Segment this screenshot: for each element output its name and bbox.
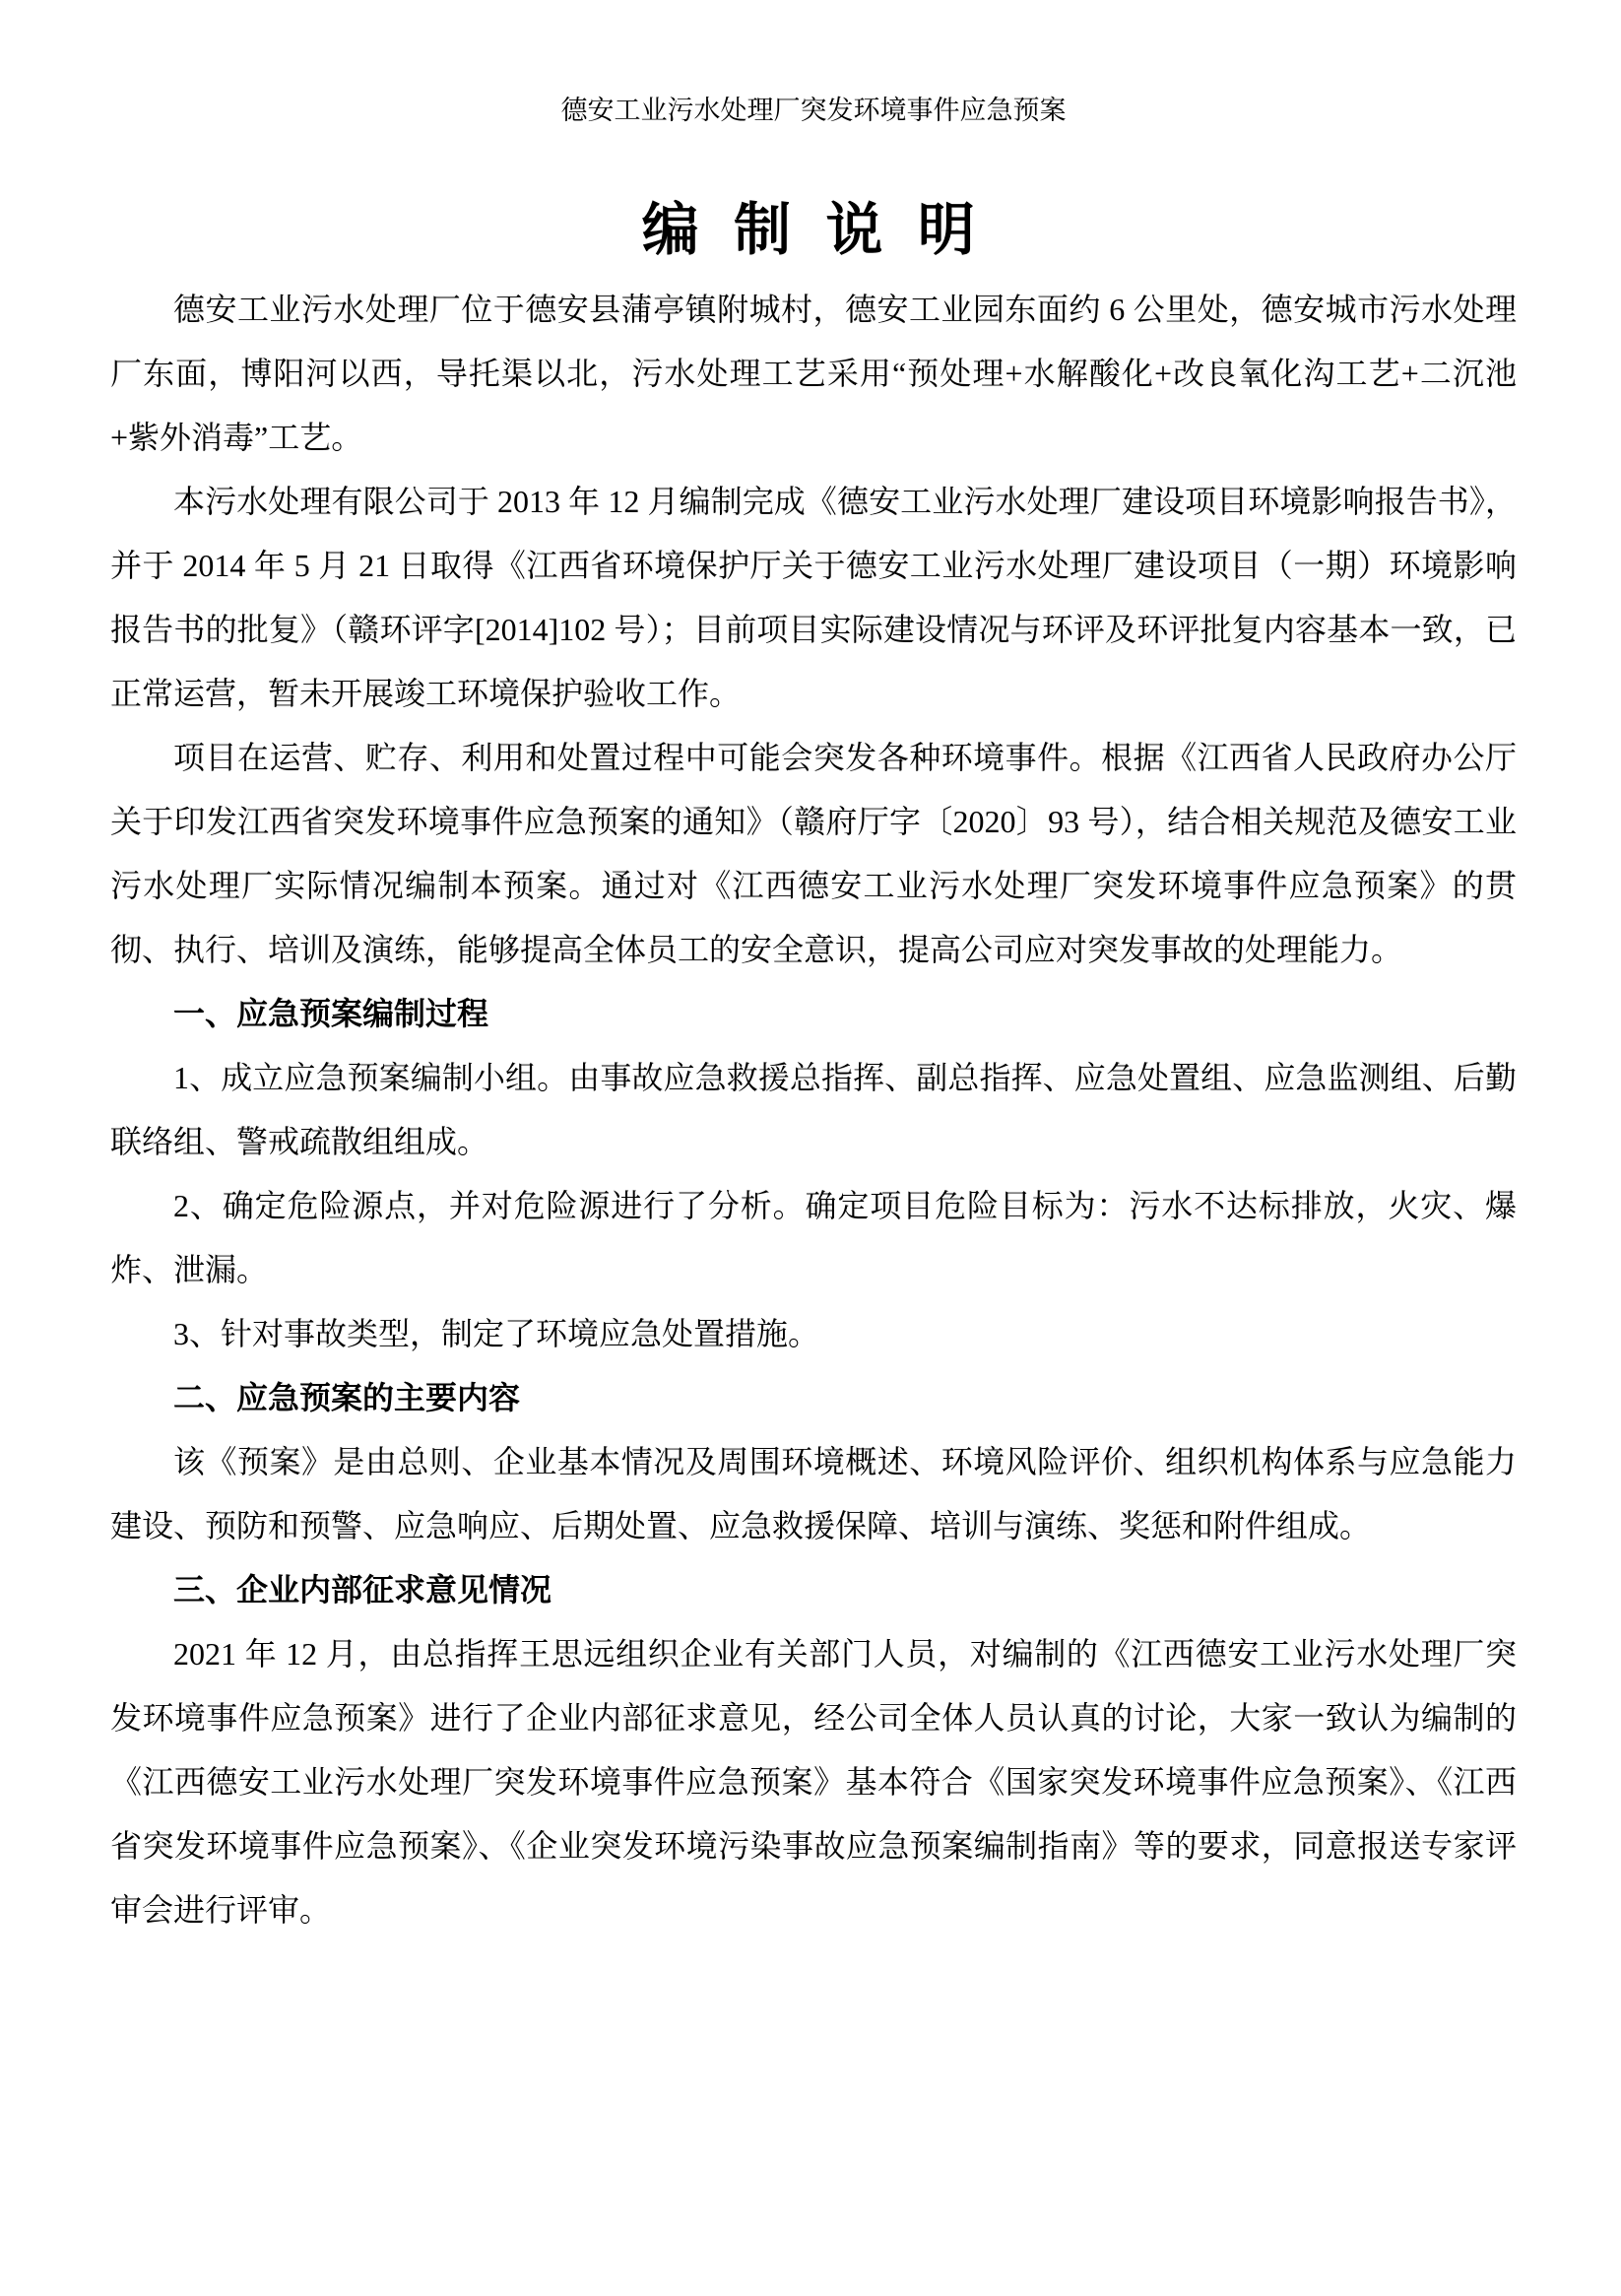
document-title: 编 制 说 明 <box>110 191 1517 270</box>
paragraph-item-1-team-setup: 1、成立应急预案编制小组。由事故应急救援总指挥、副总指挥、应急处置组、应急监测组… <box>110 1046 1517 1174</box>
page-header-running-title: 德安工业污水处理厂突发环境事件应急预案 <box>110 95 1517 126</box>
paragraph-eia-approval-history: 本污水处理有限公司于 2013 年 12 月编制完成《德安工业污水处理厂建设项目… <box>110 470 1517 726</box>
section-heading-2-main-contents: 二、应急预案的主要内容 <box>110 1366 1517 1430</box>
paragraph-item-2-hazard-sources: 2、确定危险源点，并对危险源进行了分析。确定项目危险目标为：污水不达标排放，火灾… <box>110 1174 1517 1302</box>
section-heading-1-compilation-process: 一、应急预案编制过程 <box>110 982 1517 1046</box>
document-body: 德安工业污水处理厂位于德安县蒲亭镇附城村，德安工业园东面约 6 公里处，德安城市… <box>110 278 1517 1942</box>
section-heading-3-internal-consultation: 三、企业内部征求意见情况 <box>110 1558 1517 1622</box>
document-page: 德安工业污水处理厂突发环境事件应急预案 编 制 说 明 德安工业污水处理厂位于德… <box>0 0 1621 2296</box>
paragraph-location-overview: 德安工业污水处理厂位于德安县蒲亭镇附城村，德安工业园东面约 6 公里处，德安城市… <box>110 278 1517 470</box>
paragraph-plan-structure: 该《预案》是由总则、企业基本情况及周围环境概述、环境风险评价、组织机构体系与应急… <box>110 1430 1517 1558</box>
paragraph-item-3-response-measures: 3、针对事故类型，制定了环境应急处置措施。 <box>110 1302 1517 1366</box>
paragraph-plan-basis: 项目在运营、贮存、利用和处置过程中可能会突发各种环境事件。根据《江西省人民政府办… <box>110 726 1517 982</box>
paragraph-internal-review: 2021 年 12 月，由总指挥王思远组织企业有关部门人员，对编制的《江西德安工… <box>110 1622 1517 1942</box>
